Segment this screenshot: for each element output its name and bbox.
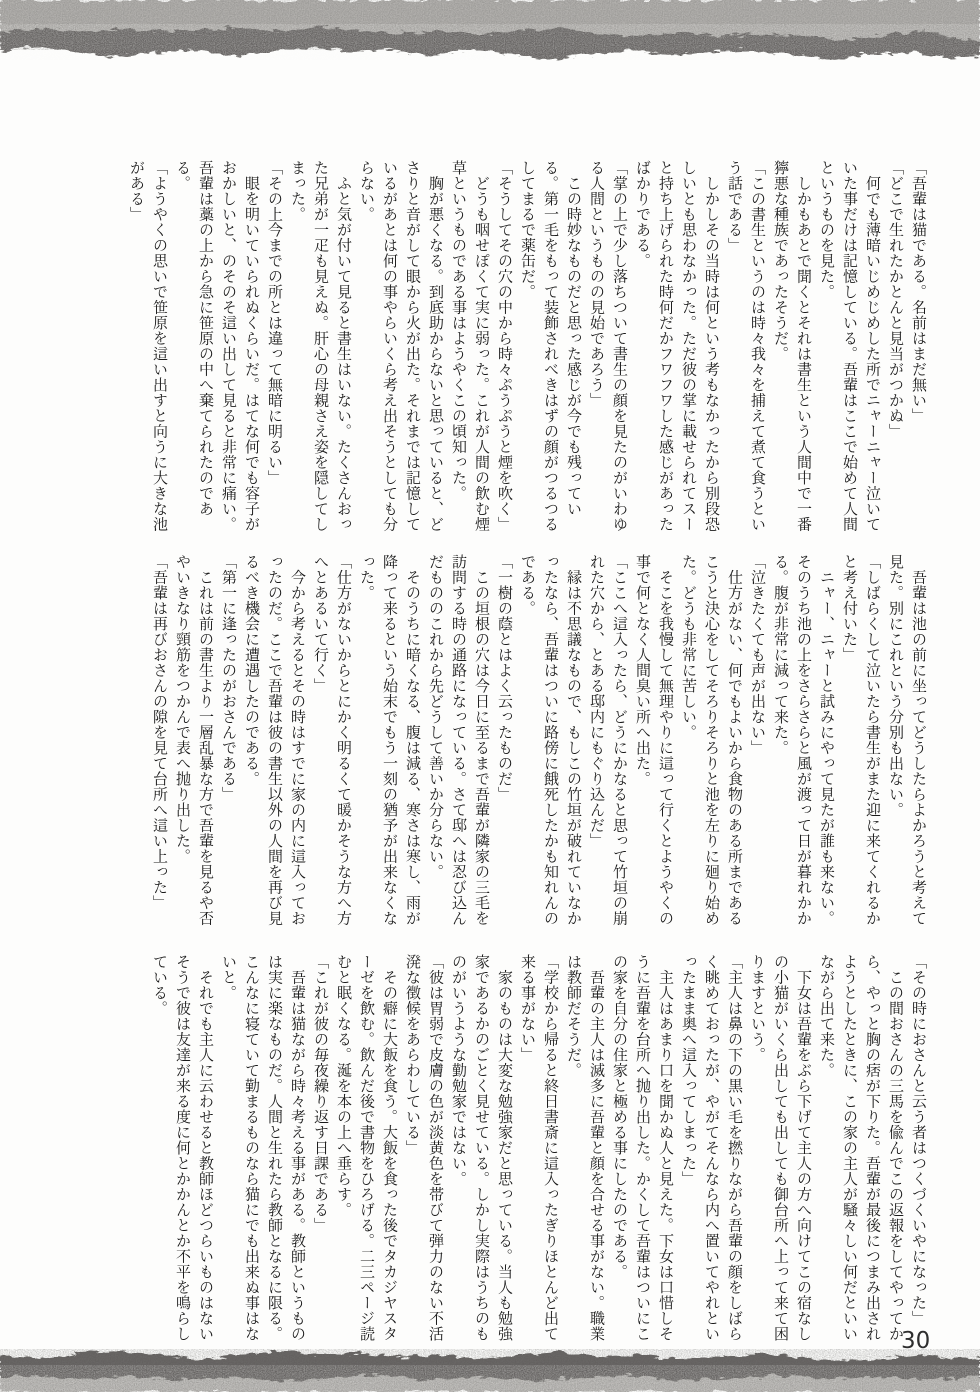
text-column-paragraph: 下女は吾輩をぶら下げて主人の方へ向けてこの宿なしの小猫がいくら出しても出しても御… xyxy=(746,954,815,1346)
vertical-text-band-1: 「吾輩は猫である。名前はまだ無い」「どこで生れたかとんと見当がつかぬ」 何でも薄… xyxy=(114,160,930,536)
top-torn-border xyxy=(0,0,980,70)
text-column-paragraph: 「ようやくの思いで笹原を這い出すと向うに大きな池がある」 xyxy=(125,160,171,536)
text-column-paragraph: 「しばらくして泣いたら書生がまた迎に来てくれるかと考え付いた」 xyxy=(838,554,884,936)
text-column-paragraph: 何でも薄暗いじめじめした所でニャーニャー泣いていた事だけは記憶している。吾輩はこ… xyxy=(815,160,884,536)
text-column-paragraph: 主人はあまり口を聞かぬ人と見えた。下女は口惜しそうに吾輩を台所へ抛り出した。かく… xyxy=(608,954,677,1346)
text-column-paragraph: これは前の書生より一層乱暴な方で吾輩を見るや否やいきなり頸筋をつかんで表へ抛り出… xyxy=(171,554,217,936)
vertical-text-band-3: 「その時におさんと云う者はつくづくいやになった」 この間おさんの三馬を偸んでこの… xyxy=(114,954,930,1346)
text-column-paragraph: 「ここへ這入ったら、どうにかなると思って竹垣の崩れた穴から、とある邸内にもぐり込… xyxy=(585,554,631,936)
text-column-paragraph: 「そうしてその穴の中から時々ぷうぷうと煙を吹く」 xyxy=(493,160,516,536)
text-column-paragraph: 「どこで生れたかとんと見当がつかぬ」 xyxy=(884,160,907,536)
text-column-paragraph: 「その上今までの所とは違って無暗に明るい」 xyxy=(263,160,286,536)
text-column-paragraph: この間おさんの三馬を偸んでこの返報をしてやってから、やっと胸の痞が下りた。吾輩が… xyxy=(815,954,907,1346)
text-column-paragraph: その癖に大飯を食う。大飯を食った後でタカジヤスターゼを飲む。飲んだ後で書物をひろ… xyxy=(332,954,401,1346)
text-column-paragraph: 吾輩は池の前に坐ってどうしたらよかろうと考えて見た。別にこれという分別も出ない。 xyxy=(884,554,930,936)
bottom-torn-border xyxy=(0,1347,980,1392)
scanned-page: 「吾輩は猫である。名前はまだ無い」「どこで生れたかとんと見当がつかぬ」 何でも薄… xyxy=(0,0,980,1392)
text-column-paragraph: そのうちに暗くなる、腹は減る、寒さは寒し、雨が降って来るという始末でもう一刻の猶… xyxy=(355,554,424,936)
text-column-paragraph: ニャー、ニャーと試みにやって見たが誰も来ない。そのうち池の上をさらさらと風が渡っ… xyxy=(769,554,838,936)
text-column-paragraph: ふと気が付いて見ると書生はいない。たくさんおった兄弟が一疋も見えぬ。肝心の母親さ… xyxy=(286,160,355,536)
text-column-paragraph: 「この書生というのは時々我々を捕えて煮て食うという話である」 xyxy=(723,160,769,536)
text-column-paragraph: 吾輩の主人は滅多に吾輩と顔を合せる事がない。職業は教師だそうだ。 xyxy=(562,954,608,1346)
text-column-paragraph: 「一樹の蔭とはよく云ったものだ」 xyxy=(493,554,516,936)
text-column-paragraph: 「仕方がないからとにかく明るくて暖かそうな方へ方へとあるいて行く」 xyxy=(309,554,355,936)
text-column-paragraph: 吾輩は猫ながら時々考える事がある。教師というものは実に楽なものだ。人間と生れたら… xyxy=(217,954,309,1346)
text-column-paragraph: 縁は不思議なもので、もしこの竹垣が破れていなかったなら、吾輩はついに路傍に餓死し… xyxy=(516,554,585,936)
text-column-paragraph: この垣根の穴は今日に至るまで吾輩が隣家の三毛を訪問する時の通路になっている。さて… xyxy=(424,554,493,936)
text-column-paragraph: 眼を明いていられぬくらいだ。はてな何でも容子がおかしいと、のそのそ這い出して見る… xyxy=(171,160,263,536)
text-column-paragraph: しかもあとで聞くとそれは書生という人間中で一番獰悪な種族であったそうだ。 xyxy=(769,160,815,536)
text-column-paragraph: それでも主人に云わせると教師ほどつらいものはないそうで彼は友達が来る度に何とかか… xyxy=(148,954,217,1346)
text-column-paragraph: 「第一に逢ったのがおさんである」 xyxy=(217,554,240,936)
text-column-paragraph: この時妙なものだと思った感じが今でも残っている。第一毛をもって装飾されべきはずの… xyxy=(516,160,585,536)
text-column-paragraph: しかしその当時は何という考もなかったから別段恐しいとも思わなかった。ただ彼の掌に… xyxy=(631,160,723,536)
text-column-paragraph: 「掌の上で少し落ちついて書生の顔を見たのがいわゆる人間というものの見始であろう」 xyxy=(585,160,631,536)
vertical-text-band-2: 吾輩は池の前に坐ってどうしたらよかろうと考えて見た。別にこれという分別も出ない。… xyxy=(114,554,930,936)
text-column-paragraph: 仕方がない、何でもよいから食物のある所まであるこうと決心をしてそろりそろりと池を… xyxy=(677,554,746,936)
text-column-paragraph: 「主人は鼻の下の黒い毛を撚りながら吾輩の顔をしばらく眺めておったが、やがてそんな… xyxy=(677,954,746,1346)
text-column-paragraph: 家のものは大変な勉強家だと思っている。当人も勉強家であるかのごとく見せている。し… xyxy=(447,954,516,1346)
text-column-paragraph: そこを我慢して無理やりに這って行くとようやくの事で何となく人間臭い所へ出た。 xyxy=(631,554,677,936)
text-column-paragraph: 「これが彼の毎夜繰り返す日課である」 xyxy=(309,954,332,1346)
text-column-paragraph: 「学校から帰ると終日書斎に這入ったぎりほとんど出て来る事がない」 xyxy=(516,954,562,1346)
text-column-paragraph: 「その時におさんと云う者はつくづくいやになった」 xyxy=(907,954,930,1346)
text-column-paragraph: 今から考えるとその時はすでに家の内に這入っておったのだ。ここで吾輩は彼の書生以外… xyxy=(240,554,309,936)
text-column-paragraph: どうも咽せぽくて実に弱った。これが人間の飲む煙草というものである事はようやくこの… xyxy=(447,160,493,536)
text-column-paragraph: 「彼は胃弱で皮膚の色が淡黄色を帯びて弾力のない不活溌な徴候をあらわしている」 xyxy=(401,954,447,1346)
text-column-paragraph: 「泣きたくても声が出ない」 xyxy=(746,554,769,936)
text-column-paragraph: 「吾輩は猫である。名前はまだ無い」 xyxy=(907,160,930,536)
text-column-paragraph: 「吾輩は再びおさんの隙を見て台所へ這い上った」 xyxy=(148,554,171,936)
text-column-paragraph: 胸が悪くなる。到底助からないと思っていると、どさりと音がして眼から火が出た。それ… xyxy=(355,160,447,536)
